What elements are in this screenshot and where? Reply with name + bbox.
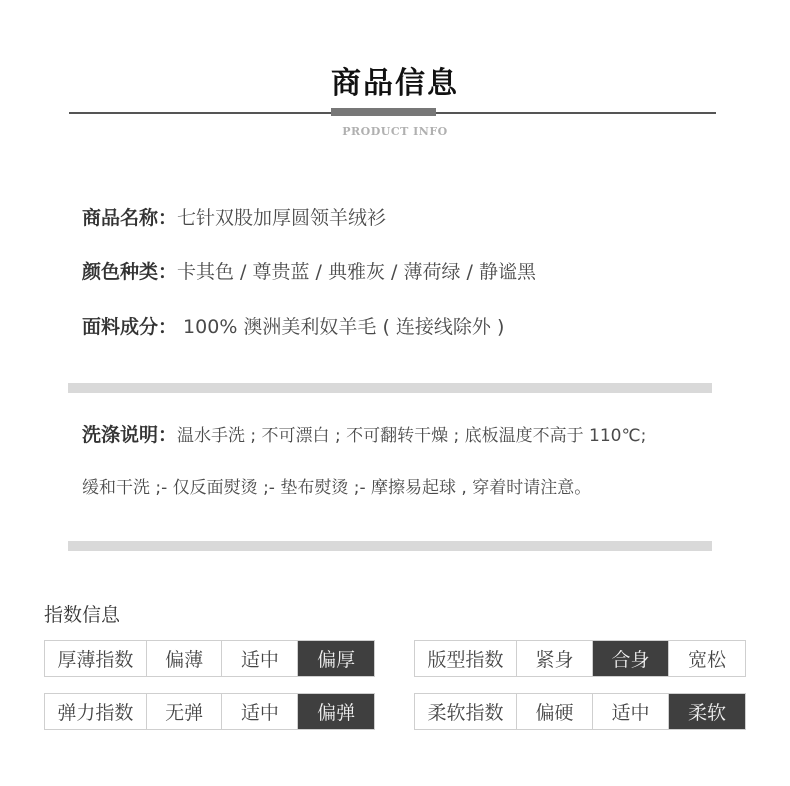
index-label: 厚薄指数: [45, 641, 146, 676]
washing-line-1: 洗涤说明：温水手洗 ; 不可漂白 ; 不可翻转干燥 ; 底板温度不高于 110℃…: [82, 423, 646, 448]
fabric-row: 面料成分： 100% 澳洲美利奴羊毛 ( 连接线除外 ): [82, 314, 504, 340]
index-option: 偏薄: [146, 641, 222, 676]
color-options-value: 卡其色 / 尊贵蓝 / 典雅灰 / 薄荷绿 / 静谧黑: [177, 261, 536, 283]
product-name-label: 商品名称：: [82, 207, 177, 229]
color-options-row: 颜色种类：卡其色 / 尊贵蓝 / 典雅灰 / 薄荷绿 / 静谧黑: [82, 259, 536, 285]
index-option: 宽松: [668, 641, 745, 676]
index-label: 版型指数: [415, 641, 516, 676]
page-subtitle: PRODUCT INFO: [0, 125, 790, 138]
index-section-title: 指数信息: [44, 600, 120, 627]
index-option-selected: 合身: [592, 641, 668, 676]
index-option: 紧身: [516, 641, 592, 676]
index-option-selected: 偏厚: [297, 641, 374, 676]
section-divider: [68, 541, 712, 551]
index-option: 无弹: [146, 694, 222, 729]
product-name-value: 七针双股加厚圆领羊绒衫: [177, 207, 386, 229]
product-name-row: 商品名称：七针双股加厚圆领羊绒衫: [82, 205, 386, 231]
index-option-selected: 柔软: [668, 694, 745, 729]
section-divider: [68, 383, 712, 393]
title-accent-bar: [331, 108, 436, 116]
index-option: 适中: [221, 641, 297, 676]
index-option: 适中: [592, 694, 668, 729]
page-title: 商品信息: [0, 58, 790, 102]
index-label: 弹力指数: [45, 694, 146, 729]
softness-index-table: 柔软指数 偏硬 适中 柔软: [414, 693, 746, 730]
elasticity-index-table: 弹力指数 无弹 适中 偏弹: [44, 693, 375, 730]
index-option: 偏硬: [516, 694, 592, 729]
index-option: 适中: [221, 694, 297, 729]
fabric-label: 面料成分：: [82, 316, 177, 338]
index-label: 柔软指数: [415, 694, 516, 729]
fabric-value: 100% 澳洲美利奴羊毛 ( 连接线除外 ): [177, 316, 504, 338]
index-option-selected: 偏弹: [297, 694, 374, 729]
washing-text-1: 温水手洗 ; 不可漂白 ; 不可翻转干燥 ; 底板温度不高于 110℃;: [177, 426, 646, 446]
color-options-label: 颜色种类：: [82, 261, 177, 283]
fit-index-table: 版型指数 紧身 合身 宽松: [414, 640, 746, 677]
washing-label: 洗涤说明：: [82, 424, 177, 446]
washing-line-2: 缓和干洗 ;- 仅反面熨烫 ;- 垫布熨烫 ;- 摩擦易起球 , 穿着时请注意。: [82, 476, 591, 500]
thickness-index-table: 厚薄指数 偏薄 适中 偏厚: [44, 640, 375, 677]
